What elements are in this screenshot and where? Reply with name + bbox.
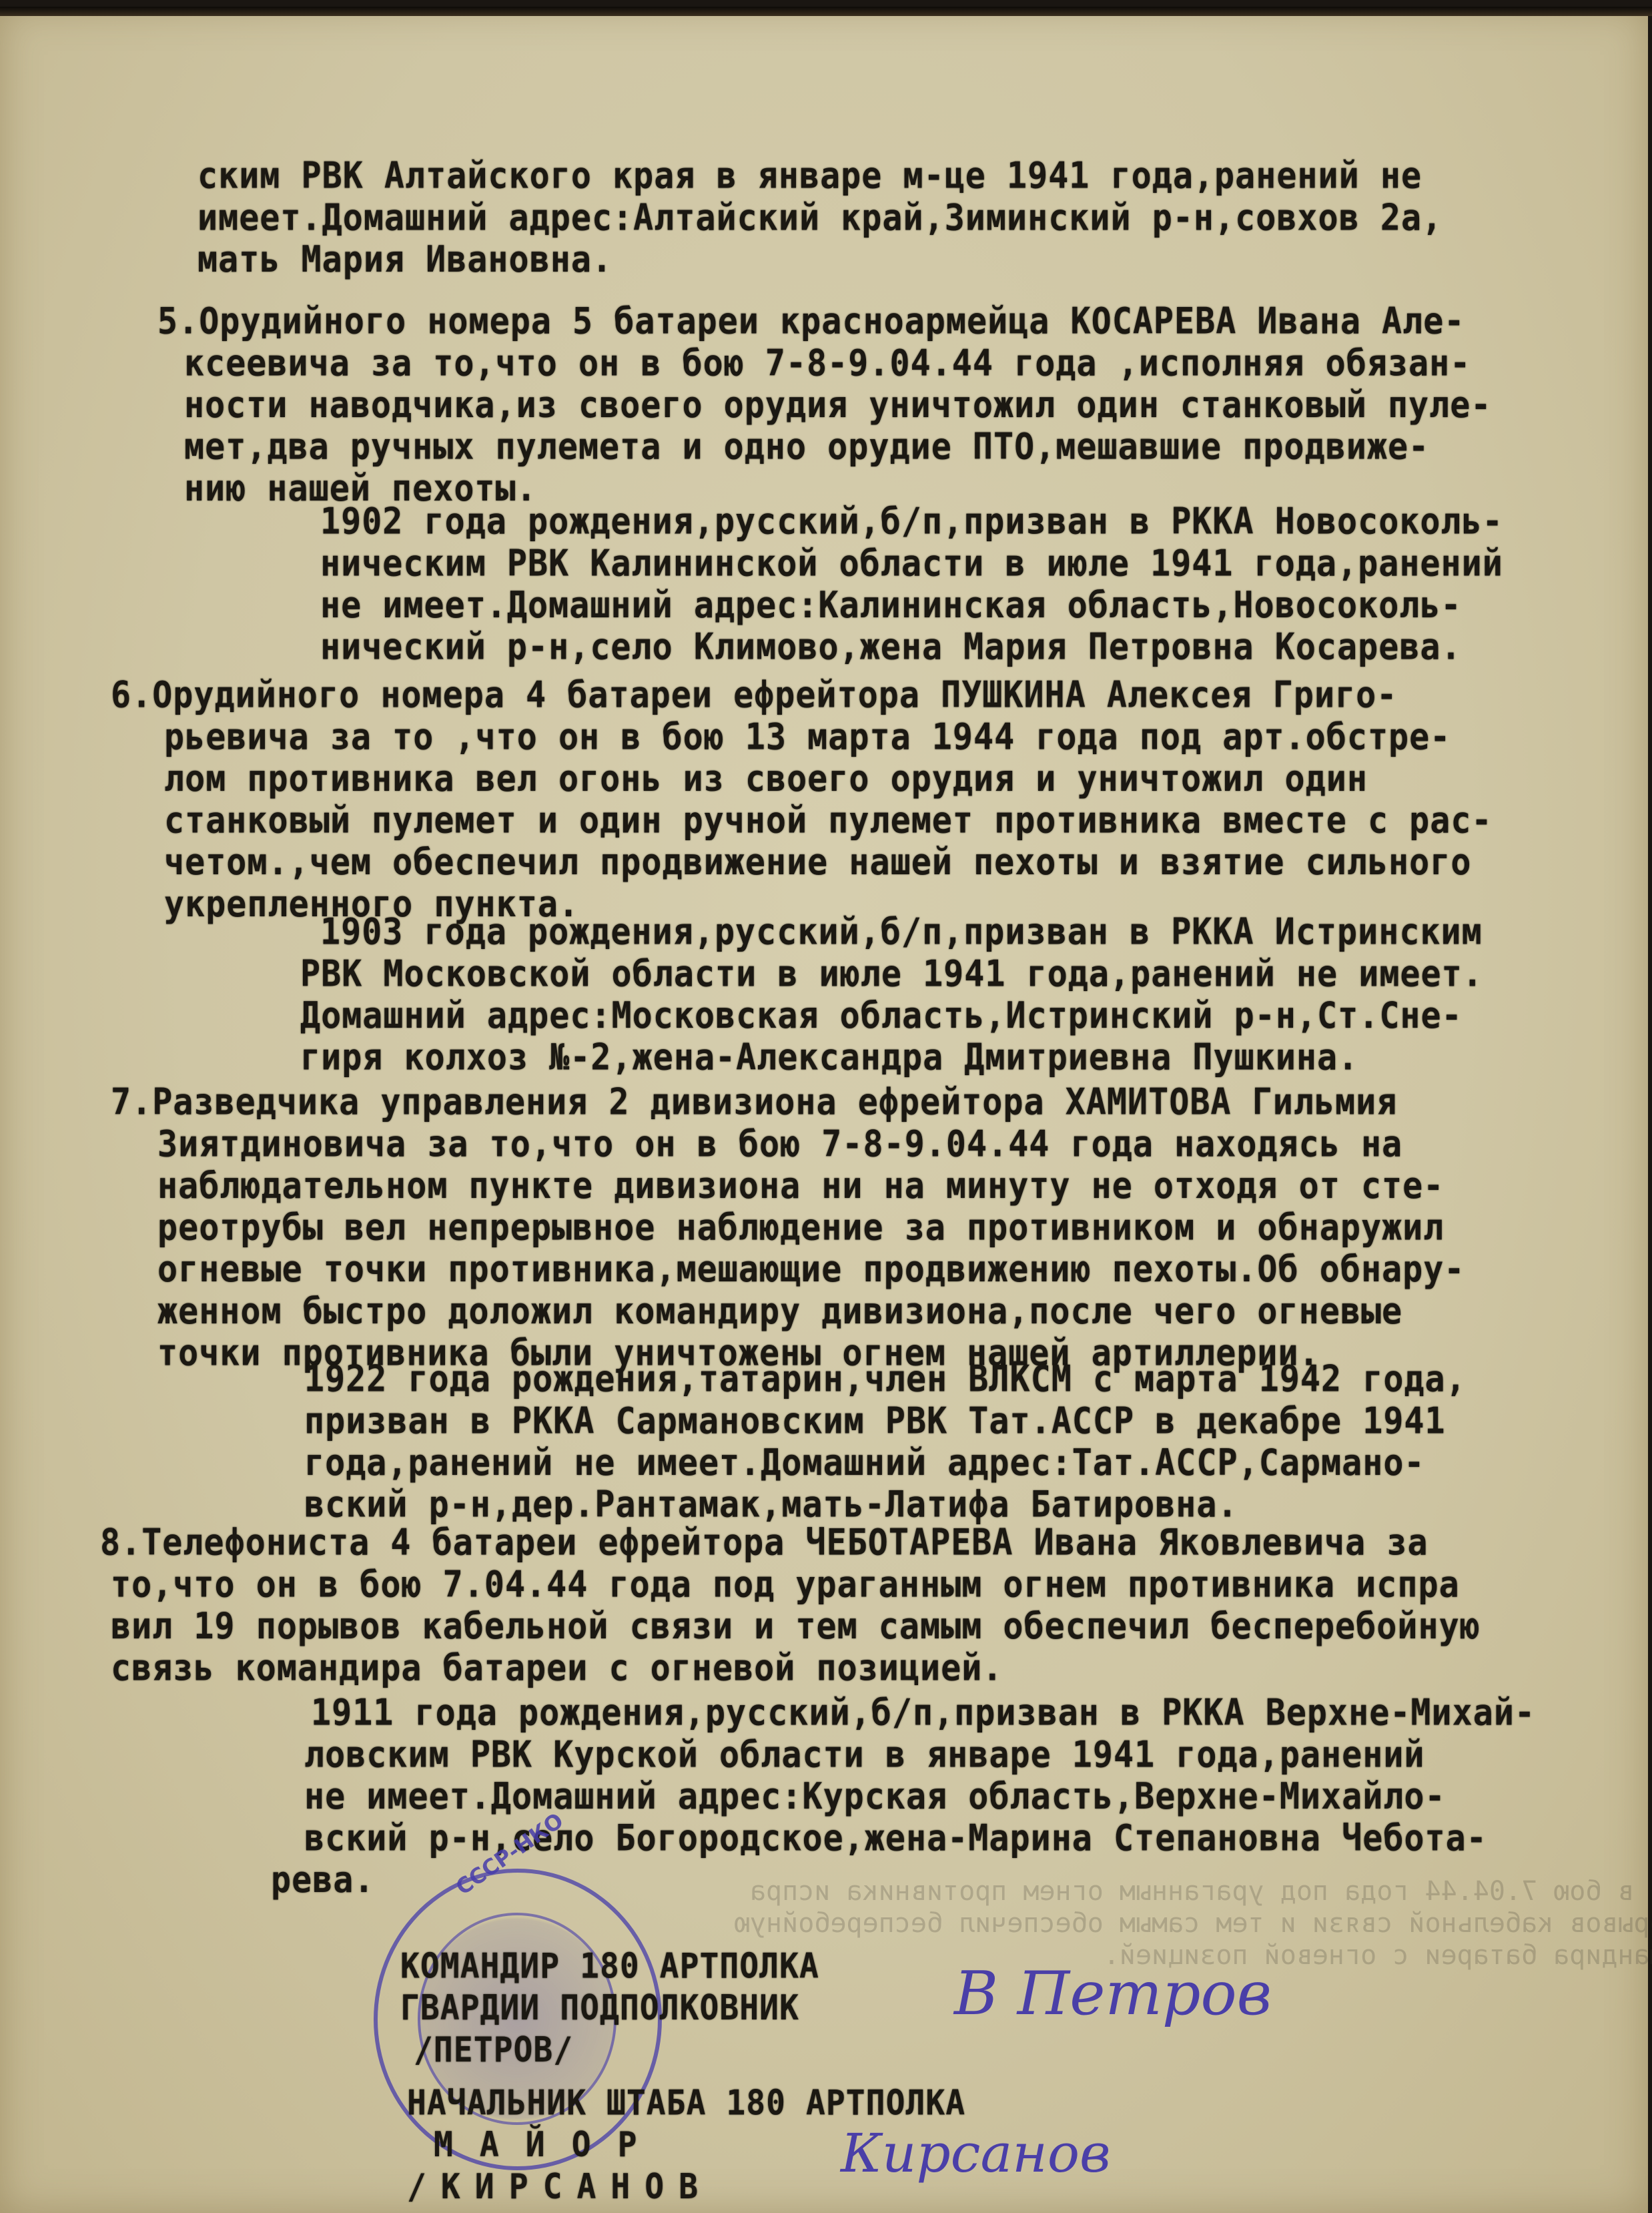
text-line: женном быстро доложил командиру дивизион… bbox=[111, 1290, 1465, 1332]
document-page: ским РВК Алтайского края в январе м-це 1… bbox=[0, 7, 1648, 2213]
text-line: не имеет.Домашний адрес:Калининская обла… bbox=[320, 584, 1503, 626]
text-line: ским РВК Алтайского края в январе м-це 1… bbox=[197, 155, 1442, 197]
text-line: 1922 года рождения,татарин,член ВЛКСМ с … bbox=[304, 1358, 1467, 1400]
text-line: реотрубы вел непрерывное наблюдение за п… bbox=[111, 1207, 1465, 1249]
commander-rank: ГВАРДИИ ПОДПОЛКОВНИК bbox=[400, 1987, 819, 2029]
commander-title: КОМАНДИР 180 АРТПОЛКА bbox=[400, 1945, 819, 1987]
text-line: Зиятдиновича за то,что он в бою 7-8-9.04… bbox=[111, 1123, 1465, 1165]
entry-6-bio: 1903 года рождения,русский,б/п,призван в… bbox=[300, 911, 1483, 1078]
bleed-through-text: то,что он в бою 7.04.44 года под ураганн… bbox=[734, 1875, 1652, 1971]
text-line: то,что он в бою 7.04.44 года под ураганн… bbox=[100, 1564, 1481, 1606]
text-line: не имеет.Домашний адрес:Курская область,… bbox=[304, 1775, 1535, 1817]
text-line: ности наводчика,из своего орудия уничтож… bbox=[157, 384, 1491, 426]
text-line: лом противника вел огонь из своего оруди… bbox=[111, 757, 1493, 800]
chief-of-staff-title: НАЧАЛЬНИК ШТАБА 180 АРТПОЛКА bbox=[407, 2082, 965, 2124]
entry-5-bio: 1902 года рождения,русский,б/п,призван в… bbox=[320, 501, 1503, 668]
text-line: года,ранений не имеет.Домашний адрес:Тат… bbox=[304, 1442, 1467, 1484]
text-line: призван в РККА Сармановским РВК Тат.АССР… bbox=[304, 1400, 1467, 1442]
text-line: 1902 года рождения,русский,б/п,призван в… bbox=[320, 501, 1503, 543]
text-line: мет,два ручных пулемета и одно орудие ПТ… bbox=[157, 426, 1491, 468]
continuation-block: ским РВК Алтайского края в январе м-це 1… bbox=[197, 155, 1442, 280]
text-line: имеет.Домашний адрес:Алтайский край,Зими… bbox=[197, 197, 1442, 239]
text-line: станковый пулемет и один ручной пулемет … bbox=[111, 800, 1493, 842]
text-line: 5.Орудийного номера 5 батареи красноарме… bbox=[157, 300, 1491, 342]
text-line: огневые точки противника,мешающие продви… bbox=[111, 1249, 1465, 1291]
text-line: 6.Орудийного номера 4 батареи ефрейтора … bbox=[111, 674, 1493, 716]
text-line: вил 19 порывов кабельной связи и тем сам… bbox=[100, 1605, 1481, 1647]
text-line: вский р-н,дер.Рантамак,мать-Латифа Батир… bbox=[304, 1484, 1467, 1526]
text-line: РВК Московской области в июле 1941 года,… bbox=[300, 953, 1483, 995]
entry-7-bio: 1922 года рождения,татарин,член ВЛКСМ с … bbox=[304, 1358, 1467, 1526]
commander-signature-block: КОМАНДИР 180 АРТПОЛКА ГВАРДИИ ПОДПОЛКОВН… bbox=[400, 1945, 819, 2071]
text-line: ксеевича за то,что он в бою 7-8-9.04.44 … bbox=[157, 342, 1491, 384]
text-line: гиря колхоз №-2,жена-Александра Дмитриев… bbox=[300, 1036, 1483, 1078]
entry-8-citation: 8.Телефониста 4 батареи ефрейтора ЧЕБОТА… bbox=[100, 1522, 1481, 1689]
text-line: 1903 года рождения,русский,б/п,призван в… bbox=[300, 911, 1483, 953]
entry-5-citation: 5.Орудийного номера 5 батареи красноарме… bbox=[157, 300, 1491, 509]
text-line: ническим РВК Калининской области в июле … bbox=[320, 543, 1503, 585]
text-line: четом.,чем обеспечил продвижение нашей п… bbox=[111, 842, 1493, 884]
text-line: ловским РВК Курской области в январе 194… bbox=[304, 1734, 1535, 1776]
chief-of-staff-handwritten-signature: Кирсанов bbox=[841, 2122, 1111, 2184]
text-line: рьевича за то ,что он в бою 13 марта 194… bbox=[111, 716, 1493, 758]
text-line: наблюдательном пункте дивизиона ни на ми… bbox=[111, 1165, 1465, 1207]
commander-handwritten-signature: В Петров bbox=[954, 1959, 1272, 2029]
entry-6-citation: 6.Орудийного номера 4 батареи ефрейтора … bbox=[111, 674, 1493, 925]
text-line: 1911 года рождения,русский,б/п,призван в… bbox=[304, 1692, 1535, 1734]
text-line: вил 19 порывов кабельной связи и тем сам… bbox=[734, 1907, 1652, 1939]
text-line: мать Мария Ивановна. bbox=[197, 238, 1442, 280]
page-top-edge bbox=[0, 7, 1652, 16]
text-line: 7.Разведчика управления 2 дивизиона ефре… bbox=[111, 1081, 1465, 1123]
text-line: связь командира батареи с огневой позици… bbox=[100, 1647, 1481, 1689]
text-line: то,что он в бою 7.04.44 года под ураганн… bbox=[734, 1875, 1652, 1907]
commander-name: /ПЕТРОВ/ bbox=[400, 2029, 819, 2071]
text-line: 8.Телефониста 4 батареи ефрейтора ЧЕБОТА… bbox=[100, 1522, 1481, 1564]
text-line: Домашний адрес:Московская область,Истрин… bbox=[300, 994, 1483, 1036]
text-line: нический р-н,село Климово,жена Мария Пет… bbox=[320, 626, 1503, 668]
entry-7-citation: 7.Разведчика управления 2 дивизиона ефре… bbox=[111, 1081, 1465, 1373]
